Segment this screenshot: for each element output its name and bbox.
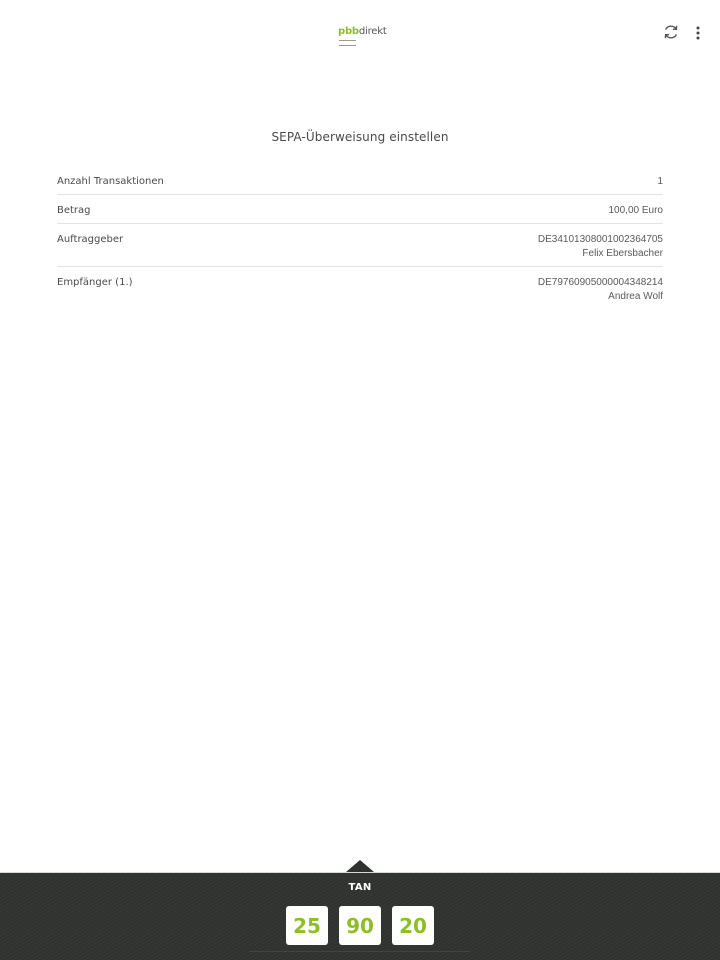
detail-row-amount: Betrag 100,00 Euro <box>57 195 663 224</box>
tan-digit-group-2: 90 <box>339 906 381 945</box>
pbb-direkt-logo: pbbdirekt <box>338 26 388 46</box>
detail-label: Empfänger (1.) <box>57 276 133 290</box>
detail-value: 1 <box>657 175 663 189</box>
detail-label: Auftraggeber <box>57 233 123 247</box>
tan-code: 25 90 20 <box>286 906 434 945</box>
detail-row-recipient: Empfänger (1.) DE79760905000004348214 An… <box>57 267 663 309</box>
logo-brand-rest: direkt <box>359 26 387 37</box>
tan-panel-arrow <box>346 860 374 872</box>
top-bar: pbbdirekt <box>0 0 720 68</box>
tan-digit-group-3: 20 <box>392 906 434 945</box>
tan-divider <box>250 951 470 952</box>
recipient-iban: DE79760905000004348214 <box>538 276 663 290</box>
detail-value: DE79760905000004348214 Andrea Wolf <box>538 276 663 304</box>
detail-label: Betrag <box>57 204 91 218</box>
tan-label: TAN <box>0 882 720 893</box>
detail-value-line: 100,00 Euro <box>609 204 664 218</box>
detail-label: Anzahl Transaktionen <box>57 175 164 189</box>
originator-iban: DE34101308001002364705 <box>538 233 663 247</box>
page-title: SEPA-Überweisung einstellen <box>0 130 720 144</box>
detail-row-transaction-count: Anzahl Transaktionen 1 <box>57 166 663 195</box>
more-options-button[interactable] <box>686 22 710 46</box>
logo-brand-colored: pbb <box>338 26 359 37</box>
refresh-button[interactable] <box>659 22 683 46</box>
originator-name: Felix Ebersbacher <box>538 247 663 261</box>
more-vertical-icon <box>695 25 701 44</box>
recipient-name: Andrea Wolf <box>538 290 663 304</box>
refresh-icon <box>663 24 679 44</box>
tan-digit-group-1: 25 <box>286 906 328 945</box>
detail-row-originator: Auftraggeber DE34101308001002364705 Feli… <box>57 224 663 267</box>
transfer-details: Anzahl Transaktionen 1 Betrag 100,00 Eur… <box>57 166 663 309</box>
detail-value: 100,00 Euro <box>609 204 664 218</box>
logo-tagline <box>339 40 356 46</box>
detail-value: DE34101308001002364705 Felix Ebersbacher <box>538 233 663 261</box>
detail-value-line: 1 <box>657 175 663 189</box>
